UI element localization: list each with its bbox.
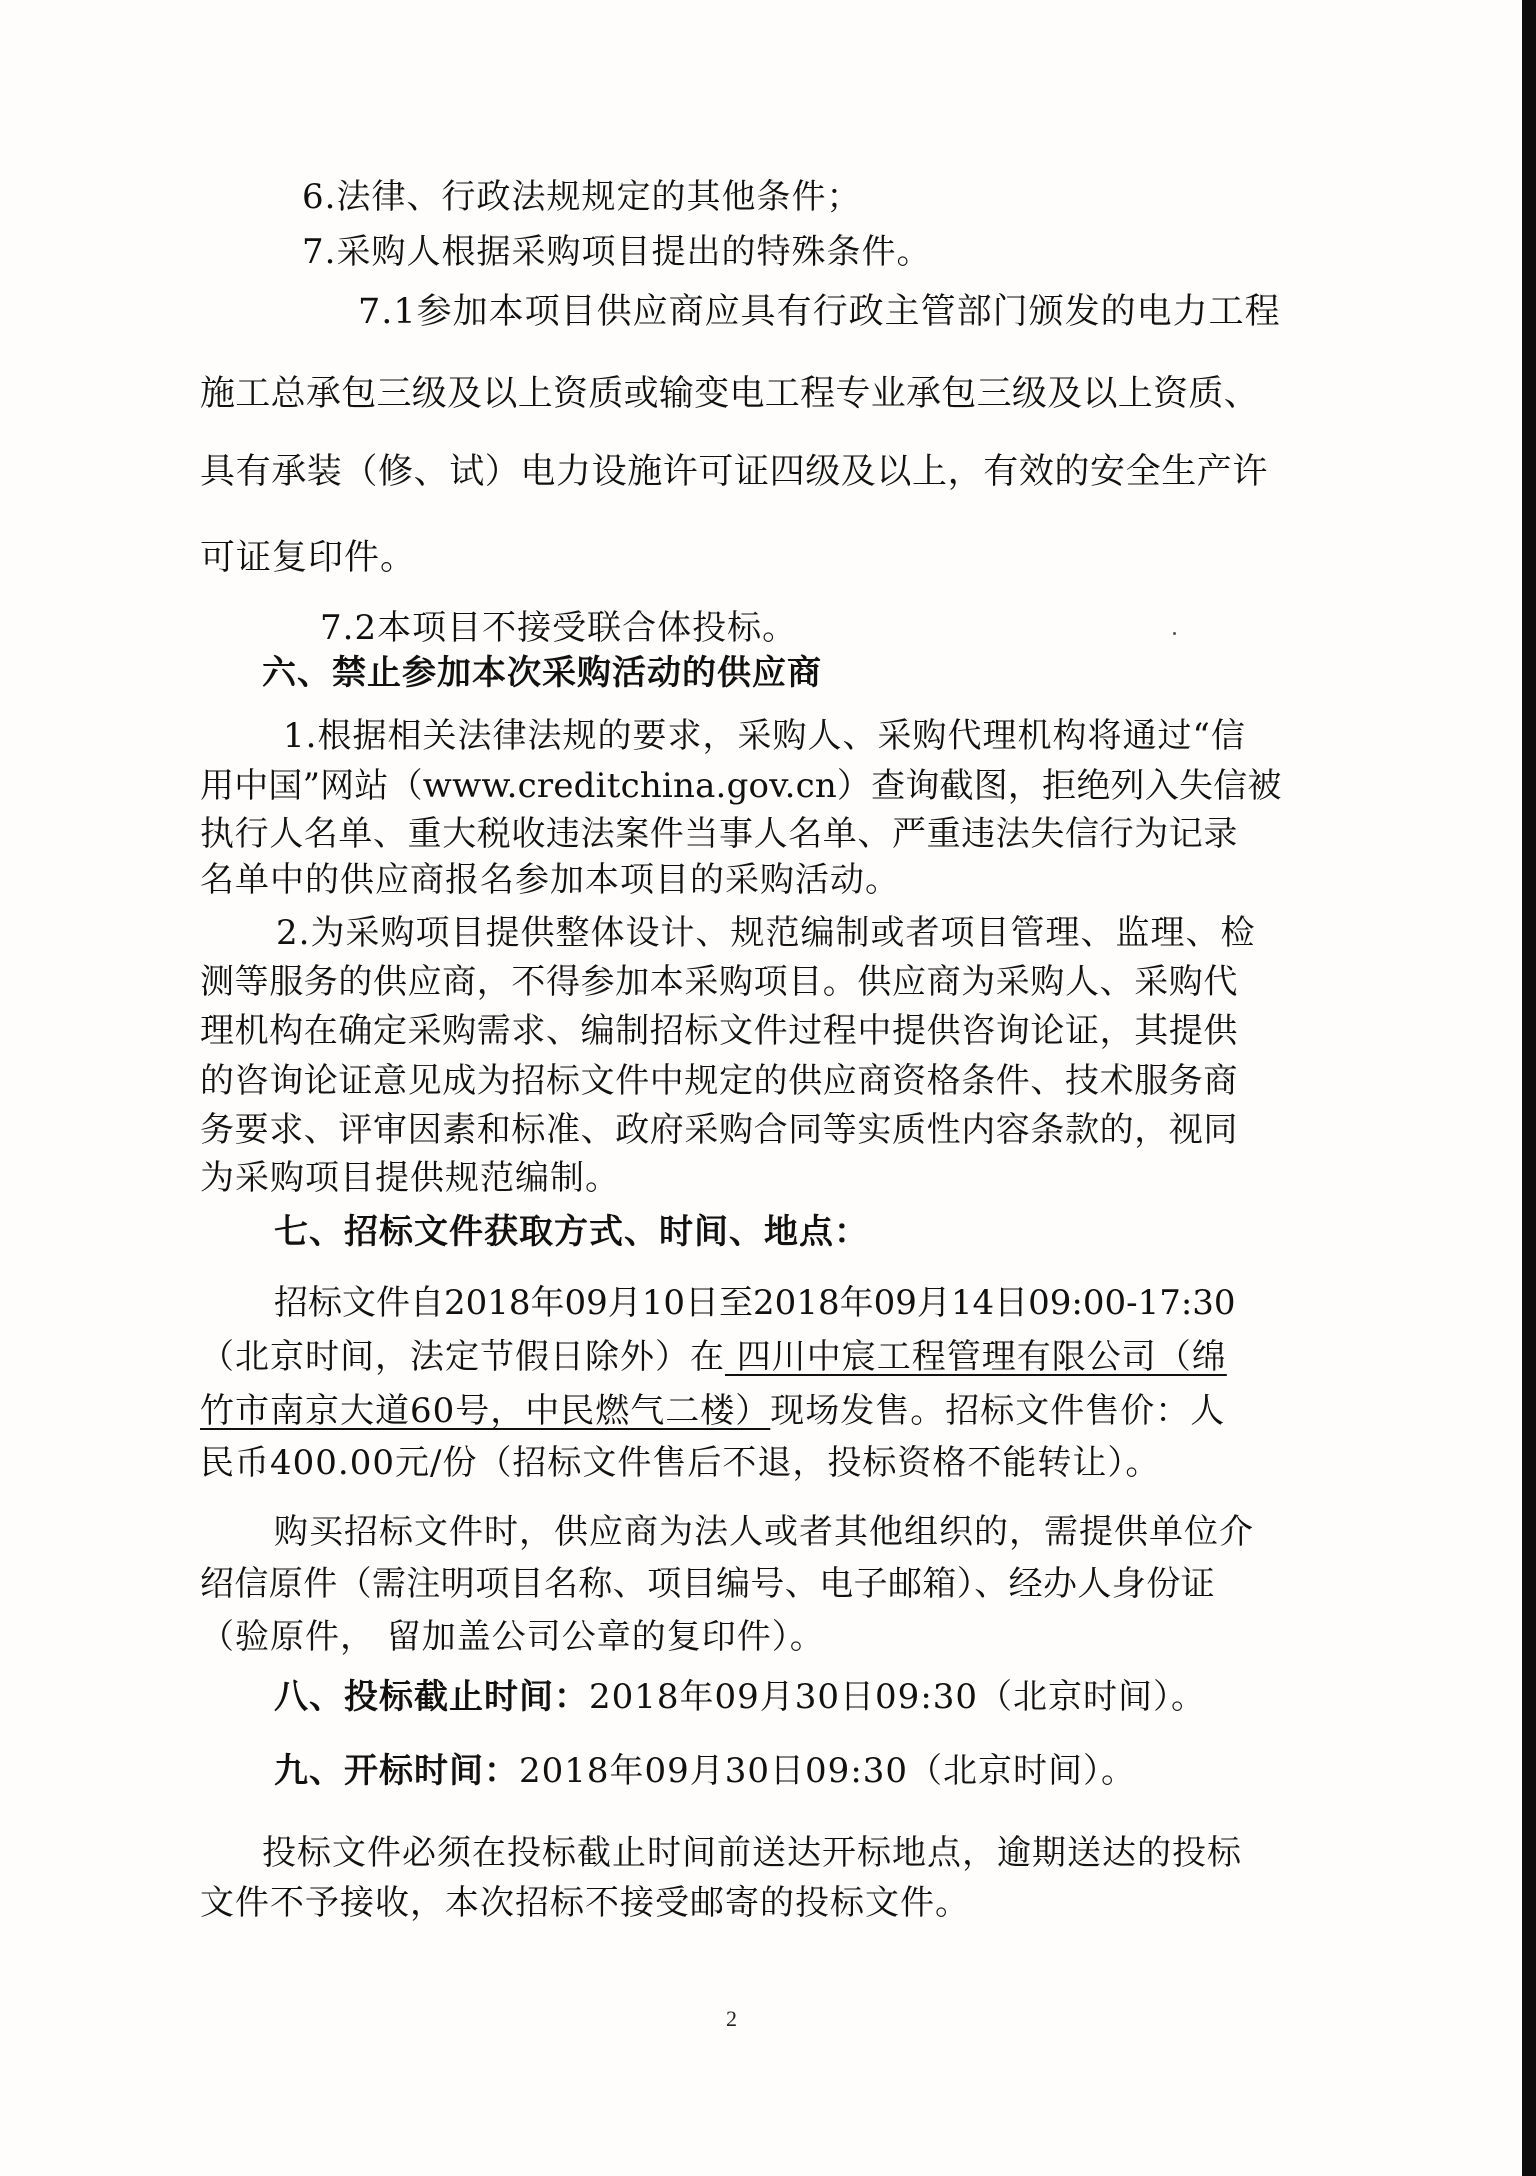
bid-deadline-value: 2018年09月30日09:30（北京时间）。 — [589, 1677, 1206, 1717]
sale-period-text: （北京时间，法定节假日除外）在 — [200, 1337, 725, 1377]
prohibition-1-line-2: 用中国”网站（www.creditchina.gov.cn）查询截图，拒绝列入失… — [200, 764, 1282, 808]
prohibition-1-line-1: 1.根据相关法律法规的要求，采购人、采购代理机构将通过“信 — [283, 714, 1246, 758]
sale-period-line-3: 竹市南京大道60号，中民燃气二楼）现场发售。招标文件售价：人 — [200, 1389, 1225, 1433]
prohibition-2-line-2: 测等服务的供应商，不得参加本采购项目。供应商为采购人、采购代 — [200, 960, 1238, 1004]
prohibition-2-line-1: 2.为采购项目提供整体设计、规范编制或者项目管理、监理、检 — [276, 911, 1255, 955]
delivery-note-line-1: 投标文件必须在投标截止时间前送达开标地点，逾期送达的投标 — [262, 1831, 1242, 1875]
condition-item-7-1-line-4: 可证复印件。 — [200, 536, 416, 580]
section-heading-9: 九、开标时间：2018年09月30日09:30（北京时间）。 — [274, 1749, 1136, 1793]
prohibition-1-line-4: 名单中的供应商报名参加本项目的采购活动。 — [200, 858, 900, 902]
sale-period-line-1: 招标文件自2018年09月10日至2018年09月14日09:00-17:30 — [274, 1281, 1236, 1325]
prohibition-2-line-4: 的咨询论证意见成为招标文件中规定的供应商资格条件、技术服务商 — [200, 1059, 1238, 1103]
purchase-requirement-line-3: （验原件， 留加盖公司公章的复印件）。 — [200, 1615, 825, 1659]
scan-edge-shadow — [1522, 0, 1536, 2176]
sale-period-line-2: （北京时间，法定节假日除外）在 四川中宸工程管理有限公司（绵 — [200, 1335, 1227, 1379]
document-page: 6.法律、行政法规规定的其他条件； 7.采购人根据采购项目提出的特殊条件。 7.… — [0, 0, 1536, 2176]
agency-address-underlined: 竹市南京大道60号，中民燃气二楼） — [200, 1391, 770, 1431]
page-number: 2 — [726, 2006, 737, 2032]
delivery-note-line-2: 文件不予接收，本次招标不接受邮寄的投标文件。 — [200, 1881, 970, 1925]
sale-period-line-4: 民币400.00元/份（招标文件售后不退，投标资格不能转让）。 — [200, 1441, 1160, 1485]
condition-item-7-1-line-3: 具有承装（修、试）电力设施许可证四级及以上，有效的安全生产许 — [200, 450, 1268, 494]
bid-deadline-label: 八、投标截止时间： — [274, 1677, 589, 1717]
bid-opening-value: 2018年09月30日09:30（北京时间）。 — [519, 1751, 1136, 1791]
section-heading-6: 六、禁止参加本次采购活动的供应商 — [262, 651, 822, 695]
sale-price-text: 现场发售。招标文件售价：人 — [770, 1391, 1225, 1431]
prohibition-2-line-5: 务要求、评审因素和标准、政府采购合同等实质性内容条款的，视同 — [200, 1108, 1238, 1152]
condition-item-6: 6.法律、行政法规规定的其他条件； — [302, 175, 861, 219]
purchase-requirement-line-2: 绍信原件（需注明项目名称、项目编号、电子邮箱）、经办人身份证 — [200, 1562, 1215, 1606]
condition-item-7-1-line-2: 施工总承包三级及以上资质或输变电工程专业承包三级及以上资质、 — [200, 372, 1259, 416]
condition-item-7-2: 7.2本项目不接受联合体投标。 — [320, 606, 797, 650]
prohibition-2-line-6: 为采购项目提供规范编制。 — [200, 1156, 620, 1200]
bid-opening-label: 九、开标时间： — [274, 1751, 519, 1791]
prohibition-2-line-3: 理机构在确定采购需求、编制招标文件过程中提供咨询论证，其提供 — [200, 1009, 1238, 1053]
purchase-requirement-line-1: 购买招标文件时，供应商为法人或者其他组织的，需提供单位介 — [274, 1510, 1254, 1554]
condition-item-7: 7.采购人根据采购项目提出的特殊条件。 — [302, 230, 931, 274]
prohibition-1-line-3: 执行人名单、重大税收违法案件当事人名单、严重违法失信行为记录 — [200, 812, 1238, 856]
section-heading-7: 七、招标文件获取方式、时间、地点： — [274, 1210, 869, 1254]
section-heading-8: 八、投标截止时间：2018年09月30日09:30（北京时间）。 — [274, 1675, 1206, 1719]
scan-speck — [1173, 632, 1176, 635]
condition-item-7-1-line-1: 7.1参加本项目供应商应具有行政主管部门颁发的电力工程 — [358, 290, 1281, 334]
agency-name-underlined: 四川中宸工程管理有限公司（绵 — [725, 1337, 1227, 1377]
